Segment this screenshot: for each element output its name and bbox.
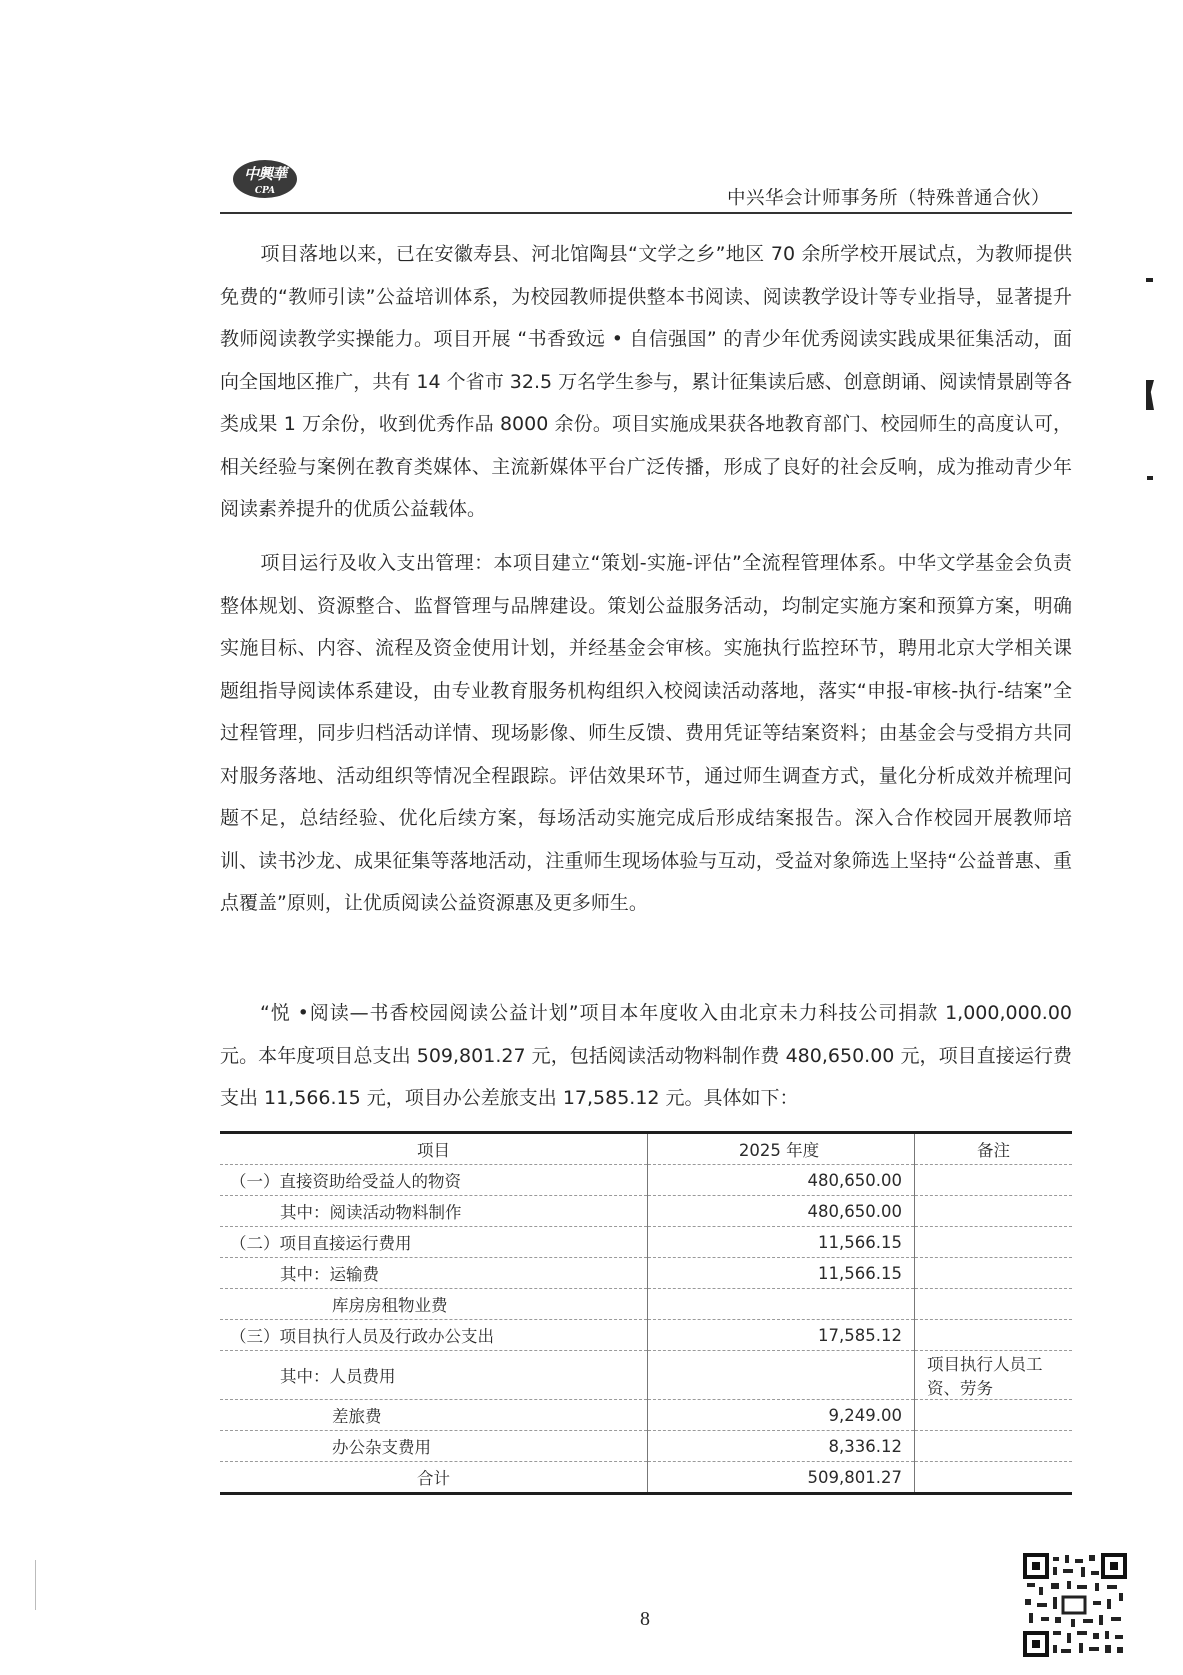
row-note	[915, 1462, 1073, 1494]
row-note	[915, 1196, 1073, 1227]
row-amount: 11,566.15	[648, 1227, 915, 1258]
row-item: 其中：人员费用	[220, 1351, 648, 1400]
table-row: （二）项目直接运行费用 11,566.15	[220, 1227, 1072, 1258]
table-row: 其中：运输费 11,566.15	[220, 1258, 1072, 1289]
firm-logo: 中興華 CPA	[233, 160, 297, 198]
row-item: （二）项目直接运行费用	[220, 1227, 648, 1258]
table-row: （一）直接资助给受益人的物资 480,650.00	[220, 1165, 1072, 1196]
row-item: 其中：阅读活动物料制作	[220, 1196, 648, 1227]
paragraph-project-results: 项目落地以来，已在安徽寿县、河北馆陶县“文学之乡”地区 70 余所学校开展试点，…	[220, 233, 1072, 531]
table-row: 其中：人员费用 项目执行人员工资、劳务	[220, 1351, 1072, 1400]
paragraph-project-management: 项目运行及收入支出管理：本项目建立“策划-实施-评估”全流程管理体系。中华文学基…	[220, 542, 1072, 925]
scan-artifact-mark	[1147, 476, 1153, 480]
row-note	[915, 1165, 1073, 1196]
qr-code-icon	[1023, 1553, 1127, 1657]
table-row: 办公杂支费用 8,336.12	[220, 1431, 1072, 1462]
table-row: 差旅费 9,249.00	[220, 1400, 1072, 1431]
paragraph-text: 项目运行及收入支出管理：本项目建立“策划-实施-评估”全流程管理体系。中华文学基…	[220, 552, 1072, 914]
header-divider	[220, 212, 1072, 214]
table-row: 库房房租物业费	[220, 1289, 1072, 1320]
row-note	[915, 1289, 1073, 1320]
firm-name: 中兴华会计师事务所（特殊普通合伙）	[727, 184, 1050, 210]
row-note	[915, 1320, 1073, 1351]
row-amount: 480,650.00	[648, 1196, 915, 1227]
logo-glyph: 中興華	[233, 163, 297, 184]
column-header-note: 备注	[915, 1133, 1073, 1165]
paragraph-text: 项目落地以来，已在安徽寿县、河北馆陶县“文学之乡”地区 70 余所学校开展试点，…	[220, 243, 1072, 520]
row-note: 项目执行人员工资、劳务	[915, 1351, 1073, 1400]
row-item: 合计	[220, 1462, 648, 1494]
row-note	[915, 1227, 1073, 1258]
row-amount: 8,336.12	[648, 1431, 915, 1462]
paragraph-text: “悦 •阅读—书香校园阅读公益计划”项目本年度收入由北京未力科技公司捐款 1,0…	[220, 1002, 1072, 1109]
table-header-row: 项目 2025 年度 备注	[220, 1133, 1072, 1165]
row-note	[915, 1400, 1073, 1431]
row-item: 库房房租物业费	[220, 1289, 648, 1320]
column-header-year: 2025 年度	[648, 1133, 915, 1165]
row-amount: 509,801.27	[648, 1462, 915, 1494]
row-item: 其中：运输费	[220, 1258, 648, 1289]
page-number: 8	[640, 1608, 650, 1631]
row-note	[915, 1431, 1073, 1462]
row-item: （三）项目执行人员及行政办公支出	[220, 1320, 648, 1351]
row-amount: 9,249.00	[648, 1400, 915, 1431]
scan-artifact-line	[35, 1560, 36, 1610]
row-amount	[648, 1289, 915, 1320]
paragraph-income-expense: “悦 •阅读—书香校园阅读公益计划”项目本年度收入由北京未力科技公司捐款 1,0…	[220, 992, 1072, 1120]
table-total-row: 合计 509,801.27	[220, 1462, 1072, 1494]
expense-table: 项目 2025 年度 备注 （一）直接资助给受益人的物资 480,650.00 …	[220, 1131, 1072, 1495]
row-amount	[648, 1351, 915, 1400]
table-row: 其中：阅读活动物料制作 480,650.00	[220, 1196, 1072, 1227]
row-amount: 480,650.00	[648, 1165, 915, 1196]
row-amount: 17,585.12	[648, 1320, 915, 1351]
table-row: （三）项目执行人员及行政办公支出 17,585.12	[220, 1320, 1072, 1351]
row-amount: 11,566.15	[648, 1258, 915, 1289]
row-item: 差旅费	[220, 1400, 648, 1431]
column-header-item: 项目	[220, 1133, 648, 1165]
scan-artifact-mark	[1146, 278, 1153, 282]
row-item: 办公杂支费用	[220, 1431, 648, 1462]
row-item: （一）直接资助给受益人的物资	[220, 1165, 648, 1196]
logo-cpa-text: CPA	[233, 186, 297, 196]
scan-artifact-mark	[1146, 380, 1154, 410]
row-note	[915, 1258, 1073, 1289]
